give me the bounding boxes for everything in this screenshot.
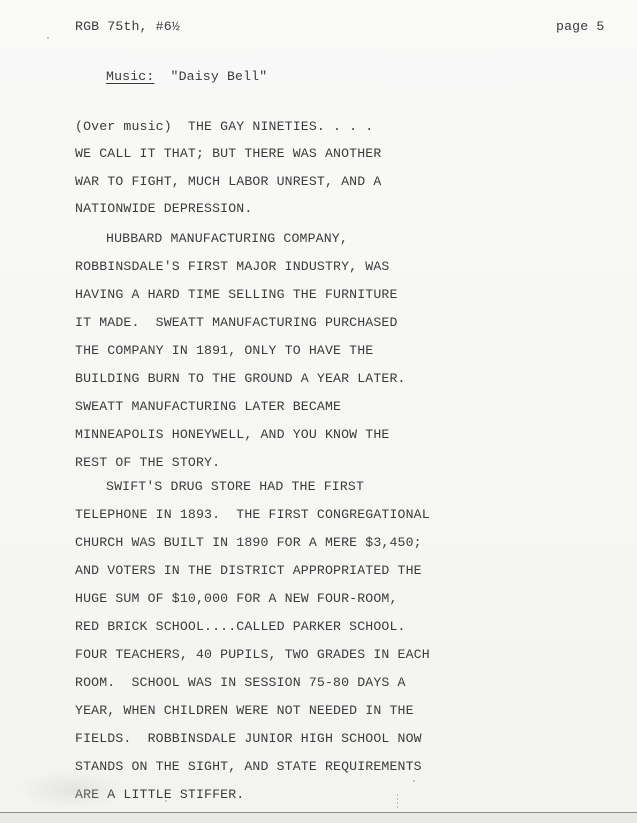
- paragraph-3-line: FOUR TEACHERS, 40 PUPILS, TWO GRADES IN …: [75, 647, 430, 663]
- paragraph-3-line: CHURCH WAS BUILT IN 1890 FOR A MERE $3,4…: [75, 535, 422, 551]
- paper-speck: [47, 37, 49, 39]
- typed-page: RGB 75th, #6½ page 5 Music: "Daisy Bell"…: [0, 0, 637, 812]
- paragraph-2-line: IT MADE. SWEATT MANUFACTURING PURCHASED: [75, 315, 398, 331]
- music-cue: Music: "Daisy Bell": [106, 69, 267, 85]
- paper-mark: [397, 794, 398, 808]
- paper-speck: [165, 800, 167, 802]
- music-title: "Daisy Bell": [171, 69, 268, 84]
- paragraph-2-line: REST OF THE STORY.: [75, 455, 220, 471]
- paragraph-3-line: SWIFT'S DRUG STORE HAD THE FIRST: [106, 479, 364, 495]
- paragraph-1-line: NATIONWIDE DEPRESSION.: [75, 201, 252, 217]
- script-id-header: RGB 75th, #6½: [75, 19, 180, 35]
- paragraph-1-line: WAR TO FIGHT, MUCH LABOR UNREST, AND A: [75, 174, 381, 190]
- paper-smudge: [18, 770, 128, 810]
- paragraph-2-line: ROBBINSDALE'S FIRST MAJOR INDUSTRY, WAS: [75, 259, 390, 275]
- paper-speck: [413, 780, 415, 782]
- paragraph-3-line: RED BRICK SCHOOL....CALLED PARKER SCHOOL…: [75, 619, 406, 635]
- paragraph-3-line: FIELDS. ROBBINSDALE JUNIOR HIGH SCHOOL N…: [75, 731, 422, 747]
- page-bottom-edge: [0, 812, 637, 823]
- paragraph-2-line: SWEATT MANUFACTURING LATER BECAME: [75, 399, 341, 415]
- paragraph-2-line: HUBBARD MANUFACTURING COMPANY,: [106, 231, 348, 247]
- paragraph-2-line: HAVING A HARD TIME SELLING THE FURNITURE: [75, 287, 398, 303]
- page-number: page 5: [556, 19, 604, 35]
- paragraph-3-line: HUGE SUM OF $10,000 FOR A NEW FOUR-ROOM,: [75, 591, 398, 607]
- music-label: Music:: [106, 69, 154, 84]
- paragraph-3-line: ROOM. SCHOOL WAS IN SESSION 75-80 DAYS A: [75, 675, 406, 691]
- paragraph-3-line: TELEPHONE IN 1893. THE FIRST CONGREGATIO…: [75, 507, 430, 523]
- paragraph-2-line: MINNEAPOLIS HONEYWELL, AND YOU KNOW THE: [75, 427, 390, 443]
- paragraph-1-line: (Over music) THE GAY NINETIES. . . .: [75, 119, 373, 135]
- paragraph-2-line: THE COMPANY IN 1891, ONLY TO HAVE THE: [75, 343, 373, 359]
- paragraph-3-line: YEAR, WHEN CHILDREN WERE NOT NEEDED IN T…: [75, 703, 414, 719]
- paragraph-1-line: WE CALL IT THAT; BUT THERE WAS ANOTHER: [75, 146, 381, 162]
- paragraph-2-line: BUILDING BURN TO THE GROUND A YEAR LATER…: [75, 371, 406, 387]
- paragraph-3-line: AND VOTERS IN THE DISTRICT APPROPRIATED …: [75, 563, 422, 579]
